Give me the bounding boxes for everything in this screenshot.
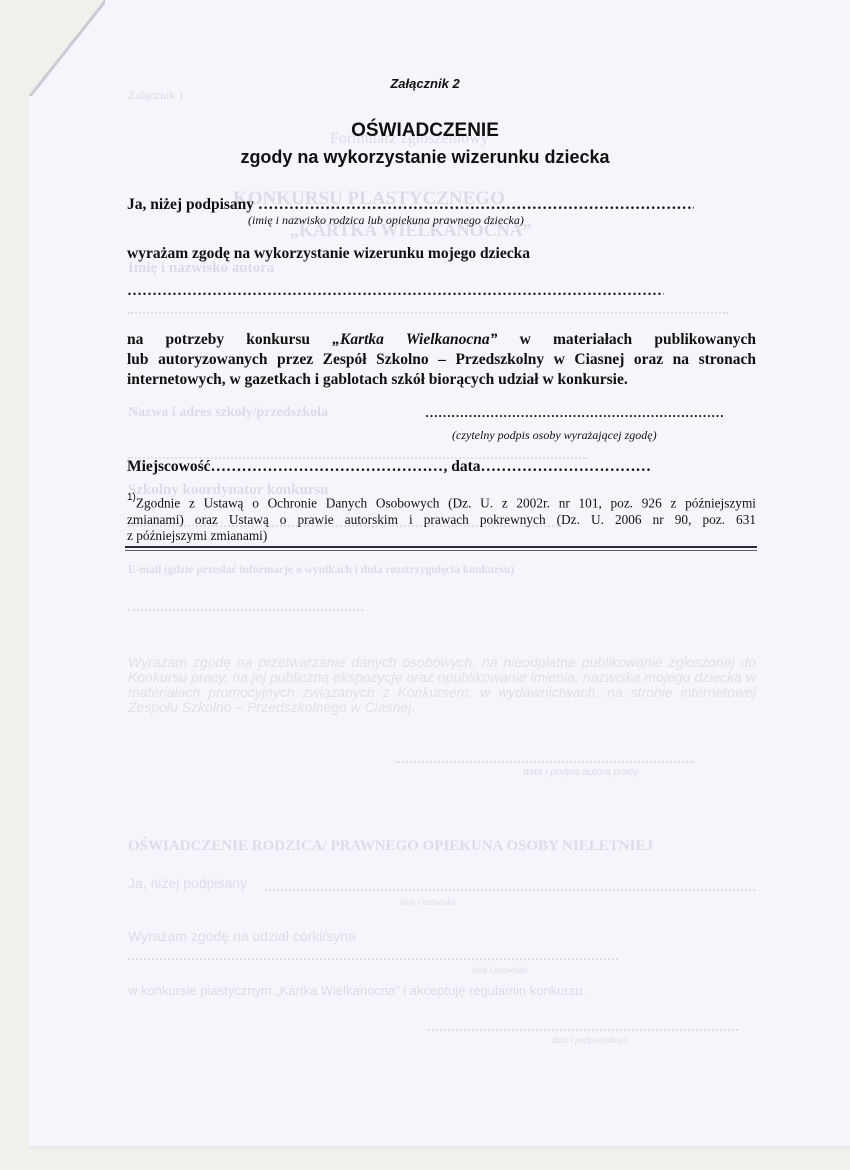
ghost-school-label: Nazwa i adres szkoły/przedszkola: [128, 405, 328, 421]
ghost-dotted-line: [128, 609, 363, 611]
ghost-child-consent: Wyrażam zgodę na udział córki/syna: [128, 928, 356, 944]
signer-label: Ja, niżej podpisany: [127, 196, 254, 213]
ghost-parent-header: OŚWIADCZENIE RODZICA/ PRAWNEGO OPIEKUNA …: [128, 838, 653, 855]
place-field[interactable]: ……………………………………………………………………: [211, 458, 444, 476]
ghost-contest-acceptance: w konkursie plastycznym „Kartka Wielkano…: [128, 983, 586, 998]
ghost-parent-signer: Ja, niżej podpisany: [128, 875, 247, 891]
ghost-dotted-line: [265, 889, 755, 891]
ghost-email-label: E-mail (gdzie przesłać informacje o wyni…: [128, 564, 514, 576]
ghost-parent-signature-hint: data i podpis rodzica: [552, 1035, 628, 1045]
contest-name: „Kartka Wielkanocna”: [332, 331, 497, 348]
ghost-dotted-line: [395, 761, 695, 763]
footnote-line-2: zmianami) oraz Ustawą o prawie autorskim…: [127, 512, 756, 529]
purpose-line-2: lub autoryzowanych przez Zespół Szkolno …: [127, 350, 756, 370]
ghost-dotted-line: [128, 958, 618, 960]
legal-footnote: 1)Zgodnie z Ustawą o Ochronie Danych Oso…: [127, 492, 756, 545]
purpose-line-1: na potrzeby konkursu „Kartka Wielkanocna…: [127, 330, 756, 350]
footnote-line-1: 1)Zgodnie z Ustawą o Ochronie Danych Oso…: [127, 492, 756, 512]
page-bottom-edge: [29, 1146, 850, 1149]
signer-line: Ja, niżej podpisany ………………………………………………………: [127, 196, 694, 214]
ghost-dotted-line: [428, 1029, 738, 1031]
signer-hint: (imię i nazwisko rodzica lub opiekuna pr…: [248, 213, 524, 228]
signer-name-field[interactable]: ……………………………………………………………………………………………………………: [258, 196, 694, 214]
place-date-line: Miejscowość……………………………………………………………………, d…: [127, 458, 651, 476]
purpose-paragraph: na potrzeby konkursu „Kartka Wielkanocna…: [127, 330, 756, 390]
date-field[interactable]: ……………………………………………………: [481, 458, 651, 476]
place-label: Miejscowość: [127, 458, 211, 475]
ghost-child-name-hint: imię i nazwisko: [472, 965, 528, 975]
date-label: , data: [444, 458, 481, 475]
ghost-parent-name-hint: imię i nazwisko: [400, 897, 456, 907]
footnote-marker: 1): [127, 492, 136, 503]
signature-field[interactable]: ……………………………………………………………………: [425, 405, 725, 421]
child-name-field[interactable]: ……………………………………………………………………………………………………………: [127, 283, 664, 300]
document-title: OŚWIADCZENIE: [0, 119, 850, 143]
consent-line: wyrażam zgodę na wykorzystanie wizerunku…: [127, 245, 530, 263]
annex-label: Załącznik 2: [0, 76, 850, 91]
footnote-rule-bottom: [125, 550, 757, 551]
purpose-line-3: internetowych, w gazetkach i gablotach s…: [127, 370, 756, 390]
ghost-dotted-line: [128, 312, 728, 314]
footnote-rule-top: [125, 546, 757, 548]
signature-hint: (czytelny podpis osoby wyrażającej zgodę…: [452, 428, 657, 443]
document-subtitle: zgody na wykorzystanie wizerunku dziecka: [0, 145, 850, 169]
ghost-consent-paragraph: Wyrażam zgodę na przetwarzanie danych os…: [128, 655, 756, 715]
footnote-line-3: z późniejszymi zmianami): [127, 528, 756, 545]
ghost-author-signature-hint: data i podpis autora pracy: [523, 767, 638, 778]
